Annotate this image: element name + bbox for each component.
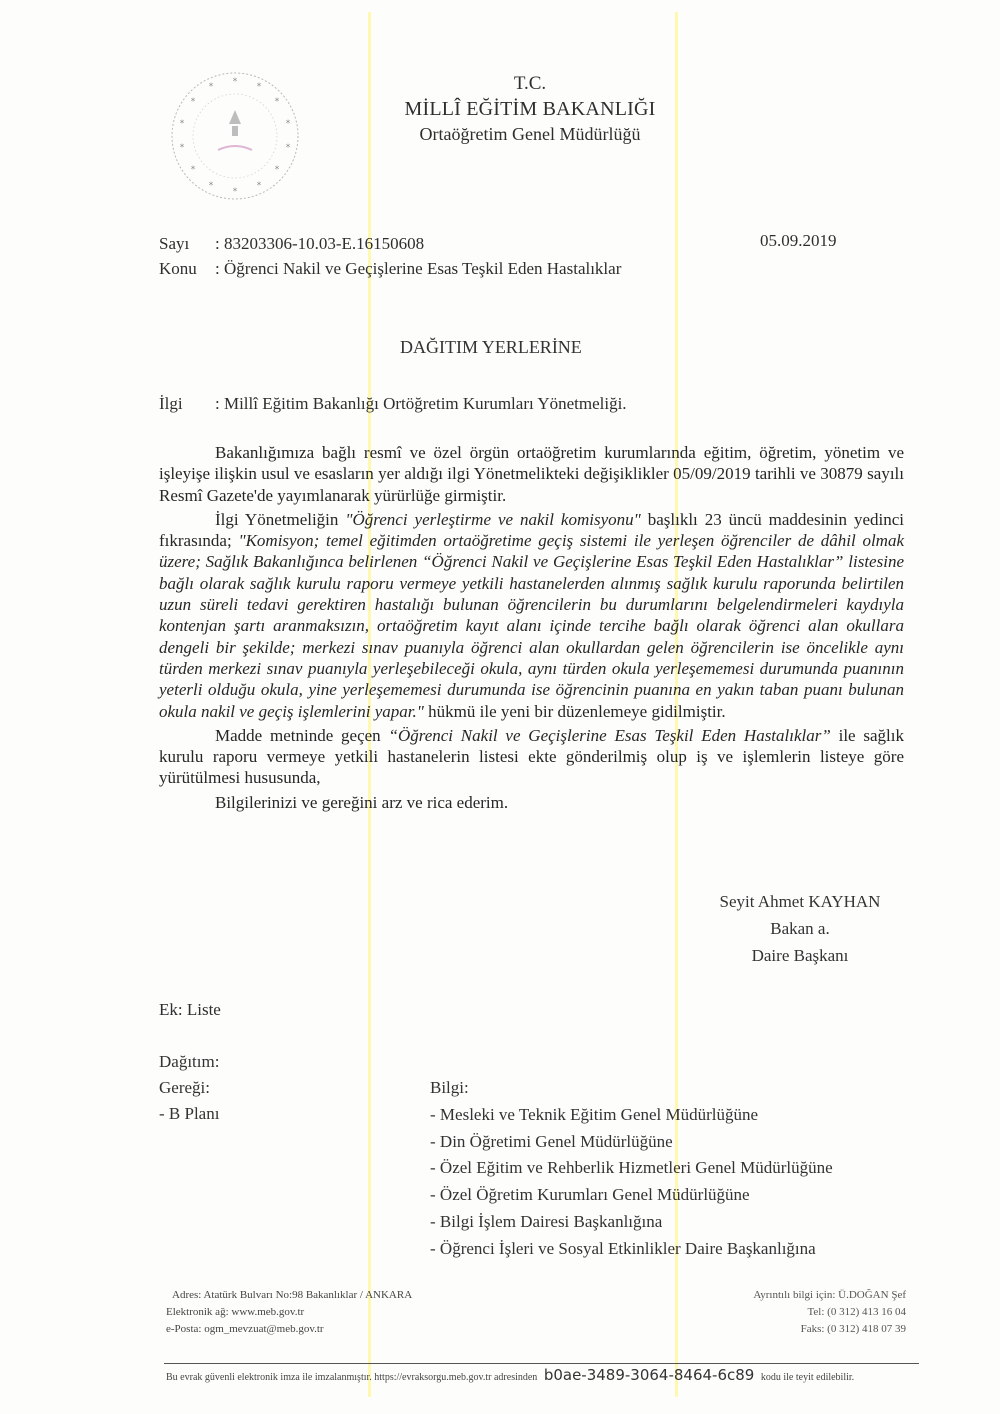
signer-on-behalf: Bakan a. <box>690 915 910 942</box>
geregi-label: Gereği: <box>159 1075 219 1101</box>
svg-text:*: * <box>275 165 280 175</box>
svg-text:*: * <box>180 119 185 129</box>
geregi-item: - B Planı <box>159 1101 219 1127</box>
footer-website[interactable]: Elektronik ağ: www.meb.gov.tr <box>166 1304 412 1321</box>
body-paragraph-4: Bilgilerinizi ve gereğini arz ve rica ed… <box>159 792 904 813</box>
distribution-bilgi: Bilgi: - Mesleki ve Teknik Eğitim Genel … <box>430 1075 833 1263</box>
footer-contact-person: Ayrıntılı bilgi için: Ü.DOĞAN Şef <box>710 1287 906 1304</box>
document-date: 05.09.2019 <box>760 231 837 251</box>
p2-text: hükmü ile yeni bir düzenlemeye gidilmişt… <box>424 702 726 721</box>
ilgi-label: İlgi <box>159 394 215 414</box>
svg-text:*: * <box>257 82 262 92</box>
body-paragraph-3: Madde metninde geçen “Öğrenci Nakil ve G… <box>159 725 904 789</box>
svg-text:*: * <box>233 77 238 87</box>
body-paragraph-1: Bakanlığımıza bağlı resmî ve özel örgün … <box>159 442 904 506</box>
svg-text:*: * <box>257 181 262 191</box>
p2-quote-title: "Öğrenci yerleştirme ve nakil komisyonu" <box>345 510 640 529</box>
p3-quote: “Öğrenci Nakil ve Geçişlerine Esas Teşki… <box>388 726 830 745</box>
bilgi-label: Bilgi: <box>430 1075 833 1102</box>
svg-text:*: * <box>286 143 291 153</box>
svg-text:*: * <box>209 82 214 92</box>
body-paragraph-2: İlgi Yönetmeliğin "Öğrenci yerleştirme v… <box>159 509 904 722</box>
letterhead-ministry: MİLLÎ EĞİTİM BAKANLIĞI <box>380 98 680 121</box>
svg-text:*: * <box>286 119 291 129</box>
p2-quote-provision: "Komisyon; temel eğitimden ortaöğretime … <box>159 531 904 720</box>
distribution-label: Dağıtım: <box>159 1049 219 1075</box>
ilgi-row: İlgi: Millî Eğitim Bakanlığı Ortöğretim … <box>159 394 627 414</box>
footer-email[interactable]: e-Posta: ogm_mevzuat@meb.gov.tr <box>166 1321 412 1338</box>
verify-prefix: Bu evrak güvenli elektronik imza ile imz… <box>166 1372 537 1383</box>
footer-contact-left: Adres: Atatürk Bulvarı No:98 Bakanlıklar… <box>166 1287 412 1338</box>
addressee-heading: DAĞITIM YERLERİNE <box>400 337 582 358</box>
bilgi-item: - Özel Eğitim ve Rehberlik Hizmetleri Ge… <box>430 1155 833 1182</box>
bilgi-item: - Bilgi İşlem Dairesi Başkanlığına <box>430 1209 833 1236</box>
signer-title: Daire Başkanı <box>690 942 910 969</box>
p3-text: Madde metninde geçen <box>215 726 388 745</box>
verify-code: b0ae-3489-3064-8464-6c89 <box>544 1366 755 1384</box>
konu-value: : Öğrenci Nakil ve Geçişlerine Esas Teşk… <box>215 259 621 278</box>
bilgi-item: - Özel Öğretim Kurumları Genel Müdürlüğü… <box>430 1182 833 1209</box>
svg-text:*: * <box>180 143 185 153</box>
signer-name: Seyit Ahmet KAYHAN <box>690 888 910 915</box>
ministry-seal-icon: *** ** ** ** ** *** <box>166 70 304 202</box>
signature-block: Seyit Ahmet KAYHAN Bakan a. Daire Başkan… <box>690 888 910 969</box>
sayi-label: Sayı <box>159 234 215 254</box>
footer-address: Adres: Atatürk Bulvarı No:98 Bakanlıklar… <box>166 1287 412 1304</box>
svg-text:*: * <box>191 165 196 175</box>
svg-text:*: * <box>233 187 238 197</box>
sayi-row: Sayı: 83203306-10.03-E.16150608 <box>159 234 424 254</box>
konu-row: Konu: Öğrenci Nakil ve Geçişlerine Esas … <box>159 259 621 279</box>
footer-divider <box>164 1363 919 1364</box>
footer-phone: Tel: (0 312) 413 16 04 <box>710 1304 906 1321</box>
p2-text: İlgi Yönetmeliğin <box>215 510 345 529</box>
e-signature-verification: Bu evrak güvenli elektronik imza ile imz… <box>166 1366 854 1384</box>
letter-body: Bakanlığımıza bağlı resmî ve özel örgün … <box>159 442 904 813</box>
footer-contact-right: Ayrıntılı bilgi için: Ü.DOĞAN Şef Tel: (… <box>710 1287 906 1338</box>
verify-suffix: kodu ile teyit edilebilir. <box>761 1372 854 1383</box>
footer-fax: Faks: (0 312) 418 07 39 <box>710 1321 906 1338</box>
svg-text:*: * <box>275 97 280 107</box>
konu-label: Konu <box>159 259 215 279</box>
bilgi-item: - Öğrenci İşleri ve Sosyal Etkinlikler D… <box>430 1236 833 1263</box>
letterhead-country: T.C. <box>380 73 680 95</box>
letterhead-department: Ortaöğretim Genel Müdürlüğü <box>380 124 680 145</box>
attachment-note: Ek: Liste <box>159 1000 221 1020</box>
bilgi-item: - Mesleki ve Teknik Eğitim Genel Müdürlü… <box>430 1102 833 1129</box>
svg-text:*: * <box>209 181 214 191</box>
sayi-value: : 83203306-10.03-E.16150608 <box>215 234 424 253</box>
ilgi-value: : Millî Eğitim Bakanlığı Ortöğretim Kuru… <box>215 394 627 413</box>
bilgi-item: - Din Öğretimi Genel Müdürlüğüne <box>430 1129 833 1156</box>
svg-text:*: * <box>191 97 196 107</box>
distribution-left: Dağıtım: Gereği: - B Planı <box>159 1049 219 1127</box>
